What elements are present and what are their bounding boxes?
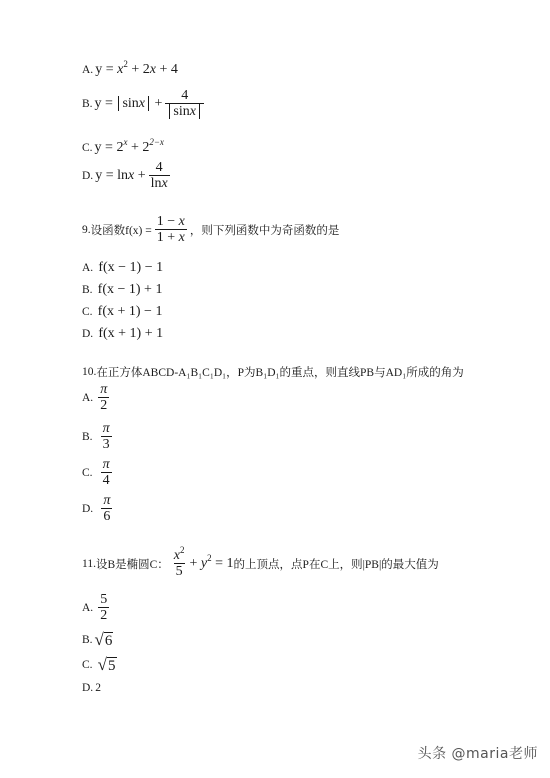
equation: + y2 = 1: [190, 556, 234, 572]
option-label: B.: [82, 284, 93, 296]
question-number: 11.: [82, 558, 96, 570]
q11-option-d: D.2: [82, 682, 103, 694]
q8-option-b: B. y = sinx + 4sinx: [82, 88, 207, 120]
q10-stem: 10. 在正方体ABCD-A₁B₁C₁D₁，P为B₁D₁的重点，则直线PB与AD…: [82, 364, 464, 380]
q8-option-c: C. y = 2x + 22−x: [82, 140, 164, 156]
option-label: D.: [82, 682, 93, 694]
q10-option-a: A. π2: [82, 382, 112, 414]
option-text: f(x + 1) − 1: [98, 304, 163, 320]
option-label: D.: [82, 328, 93, 340]
q9-option-c: C. f(x + 1) − 1: [82, 304, 162, 320]
option-label: A.: [82, 262, 93, 274]
fraction: 1 − x1 + x: [155, 214, 187, 246]
option-label: C.: [82, 659, 93, 671]
q9-option-d: D. f(x + 1) + 1: [82, 326, 163, 342]
option-label: A.: [82, 392, 93, 404]
stem-text: 在正方体ABCD-A₁B₁C₁D₁，P为B₁D₁的重点，则直线PB与AD₁所成的…: [96, 364, 463, 380]
square-root: √6: [95, 630, 114, 650]
q8-option-d: D. y = lnx + 4lnx: [82, 160, 173, 192]
option-text: f(x − 1) − 1: [98, 260, 163, 276]
fraction: π2: [98, 382, 109, 414]
stem-text: 的上顶点，点P在C上，则|PB|的最大值为: [234, 556, 439, 572]
fraction: x25: [172, 548, 187, 580]
square-root: √5: [98, 655, 117, 675]
q10-option-d: D. π6: [82, 493, 115, 525]
stem-text: ，则下列函数中为奇函数的是: [190, 222, 340, 238]
q11-option-a: A. 52: [82, 592, 112, 624]
option-text: f(x − 1) + 1: [98, 282, 163, 298]
option-formula: y = lnx +: [95, 168, 145, 184]
option-label: B.: [82, 431, 93, 443]
fraction: 52: [98, 592, 109, 624]
stem-text: 设函数f(x) =: [91, 222, 152, 238]
stem-text: 设B是椭圆C：: [96, 556, 169, 572]
option-label: B.: [82, 98, 93, 110]
q9-option-a: A. f(x − 1) − 1: [82, 260, 163, 276]
q9-option-b: B. f(x − 1) + 1: [82, 282, 162, 298]
option-formula: y = sinx +: [95, 96, 163, 112]
q11-option-b: B. √6: [82, 630, 113, 650]
option-label: B.: [82, 634, 93, 646]
q8-option-a: A. y = x2 + 2x + 4: [82, 62, 178, 78]
option-formula: y = x2 + 2x + 4: [95, 62, 178, 78]
q11-option-c: C. √5: [82, 655, 117, 675]
fraction: π6: [101, 493, 112, 525]
question-number: 10.: [82, 366, 96, 378]
q10-option-c: C. π4: [82, 457, 115, 489]
question-number: 9.: [82, 224, 91, 236]
option-text: 2: [95, 682, 101, 694]
fraction: 4sinx: [165, 88, 204, 120]
option-label: A.: [82, 64, 93, 76]
option-text: f(x + 1) + 1: [98, 326, 163, 342]
q9-stem: 9. 设函数f(x) = 1 − x1 + x ，则下列函数中为奇函数的是: [82, 214, 339, 246]
q10-option-b: B. π3: [82, 421, 115, 453]
watermark: 头条 @maria老师: [418, 743, 538, 763]
option-label: D.: [82, 170, 93, 182]
option-label: C.: [82, 467, 93, 479]
option-label: C.: [82, 142, 93, 154]
option-formula: y = 2x + 22−x: [95, 140, 164, 156]
fraction: 4lnx: [149, 160, 170, 192]
option-label: A.: [82, 602, 93, 614]
option-label: C.: [82, 306, 93, 318]
fraction: π3: [101, 421, 112, 453]
fraction: π4: [101, 457, 112, 489]
q11-stem: 11. 设B是椭圆C： x25 + y2 = 1 的上顶点，点P在C上，则|PB…: [82, 548, 439, 580]
option-label: D.: [82, 503, 93, 515]
